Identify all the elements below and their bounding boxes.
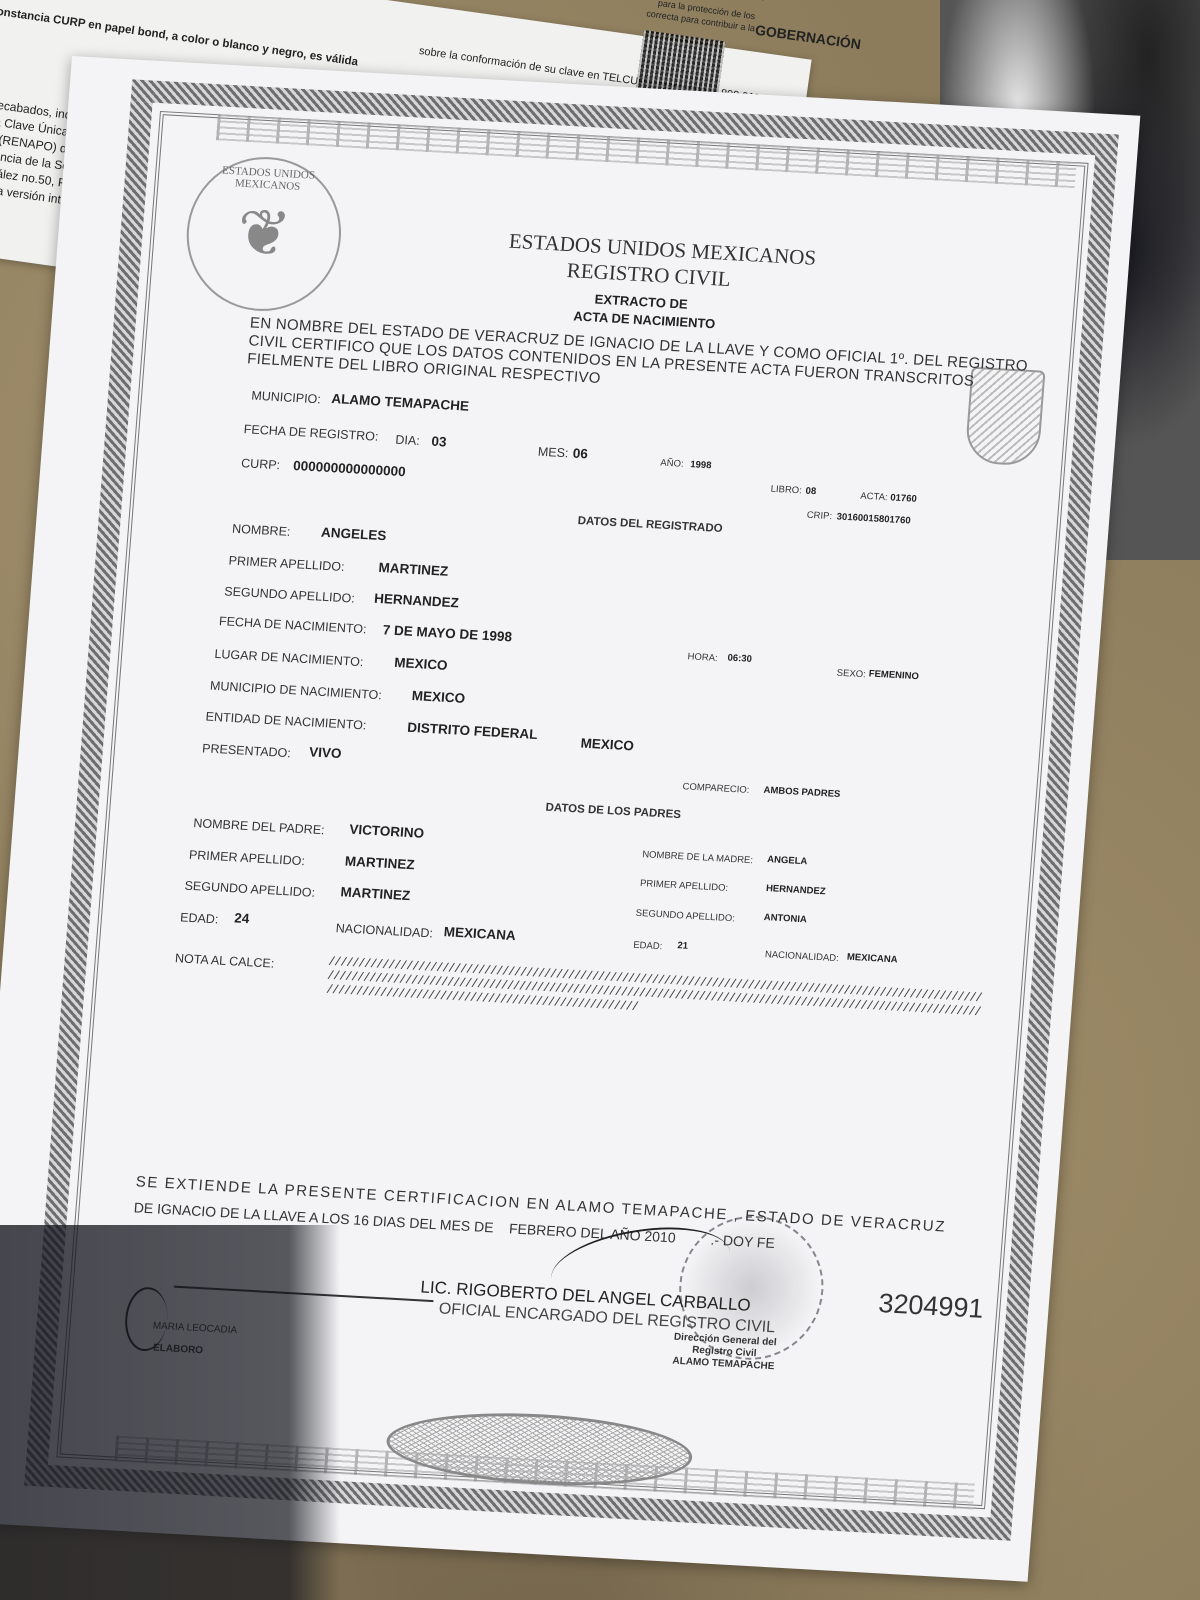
madre-nombre-value: ANGELA (767, 854, 808, 867)
folio-number: 3204991 (877, 1288, 984, 1325)
padre-edad-value: 24 (234, 910, 250, 926)
phone-shadow (0, 1225, 340, 1600)
mes-value: 06 (572, 446, 588, 462)
pais-value: MEXICO (580, 735, 634, 753)
madre-edad-value: 21 (677, 940, 688, 952)
anio-value: 1998 (690, 459, 712, 471)
closing-day: 16 (353, 1212, 370, 1229)
municipio-nacimiento-value: MEXICO (411, 688, 465, 706)
lugar-value: MEXICO (394, 655, 448, 673)
madre-segundo-apellido-value: ANTONIA (763, 912, 807, 925)
libro-value: 08 (805, 486, 816, 498)
hora-value: 06:30 (727, 653, 752, 665)
curp-instruction: constancia CURP en papel bond, a color o… (0, 5, 359, 69)
eagle-icon: ❦ (235, 201, 293, 268)
acta-value: 01760 (890, 492, 917, 504)
presentado-value: VIVO (309, 744, 342, 761)
dia-value: 03 (431, 434, 447, 450)
